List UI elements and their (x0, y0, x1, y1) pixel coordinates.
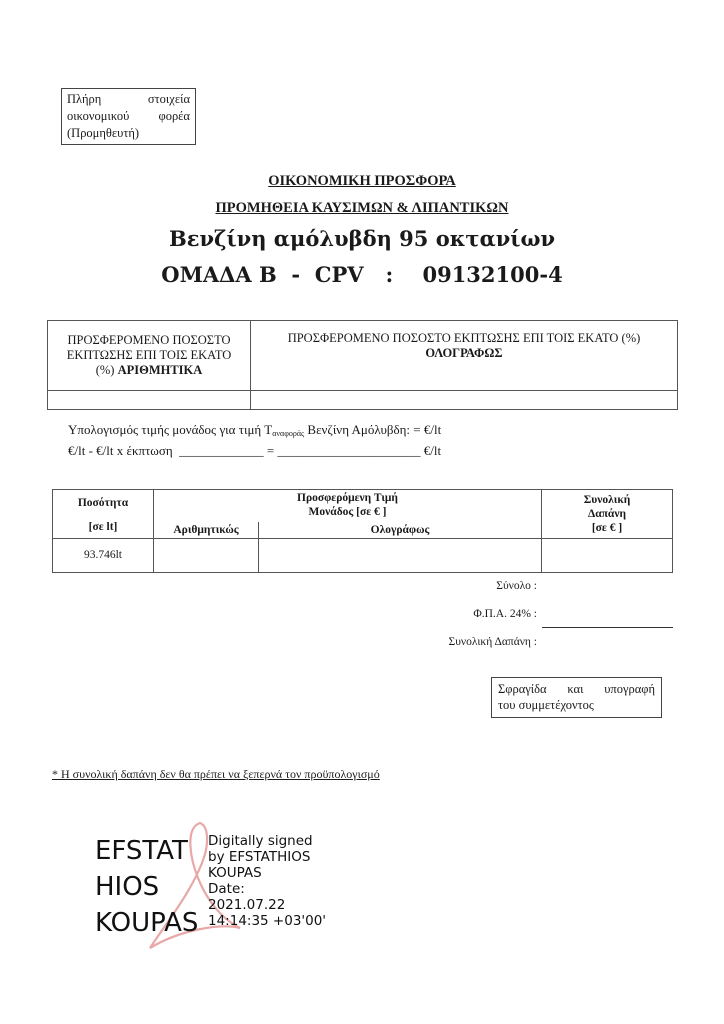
signature-date: 2021.07.22 (208, 897, 326, 913)
signature-detail-line: Digitally signed (208, 833, 326, 849)
document-title: ΟΙΚΟΝΟΜΙΚΗ ΠΡΟΣΦΟΡΑ (0, 173, 724, 190)
unit-price-header: Προσφερόμενη Τιμή Μονάδος [σε € ] (154, 490, 542, 522)
stamp-label-word: και (567, 681, 583, 697)
calc-text: Υπολογισμός τιμής μονάδος για τιμή Τ (68, 422, 272, 437)
header-text: ΠΡΟΣΦΕΡΟΜΕΝΟ ΠΟΣΟΣΤΟ (49, 333, 249, 348)
numeric-header: Αριθμητικώς (154, 522, 259, 539)
signature-detail-line: Date: (208, 881, 326, 897)
supplier-label-word: στοιχεία (148, 91, 190, 108)
quantity-header: Ποσότητα [σε lt] (53, 490, 154, 539)
words-header: Ολογράφως (259, 522, 542, 539)
table-row: 93.746lt (53, 538, 673, 572)
discount-numeric-header: ΠΡΟΣΦΕΡΟΜΕΝΟ ΠΟΣΟΣΤΟ ΕΚΠΤΩΣΗΣ ΕΠΙ ΤΟΙΣ Ε… (48, 321, 251, 391)
supplier-label-word: Πλήρη (67, 91, 101, 108)
signer-name-line: EFSTAT (95, 833, 198, 869)
calc-text: Βενζίνη Αμόλυβδη: = €/lt (304, 422, 441, 437)
discount-table-header-row: ΠΡΟΣΦΕΡΟΜΕΝΟ ΠΟΣΟΣΤΟ ΕΚΠΤΩΣΗΣ ΕΠΙ ΤΟΙΣ Ε… (48, 321, 678, 391)
header-text: Μονάδος [σε € ] (155, 505, 540, 519)
header-text: Συνολική (543, 493, 671, 507)
calculation-line-2: €/lt - €/lt x έκπτωση _____________ = __… (68, 443, 441, 459)
discount-numeric-cell[interactable] (48, 391, 251, 410)
header-text-bold: ΟΛΟΓΡΑΦΩΣ (252, 346, 676, 361)
signature-detail-line: by EFSTATHIOS (208, 849, 326, 865)
group-cpv-title: ΟΜΑΔΑ Β - CPV : 09132100-4 (0, 262, 724, 287)
quantity-cell: 93.746lt (53, 538, 154, 572)
subtotal-label: Σύνολο : (337, 580, 537, 592)
footnote: * Η συνολική δαπάνη δεν θα πρέπει να ξεπ… (52, 767, 380, 782)
header-text: Προσφερόμενη Τιμή (155, 491, 540, 505)
header-text: (%) ΑΡΙΘΜΗΤΙΚΑ (49, 363, 249, 378)
stamp-label-word: Σφραγίδα (498, 681, 547, 697)
total-header: Συνολική Δαπάνη [σε € ] (542, 490, 673, 539)
header-text-bold: ΑΡΙΘΜΗΤΙΚΑ (118, 363, 203, 377)
supplier-label-word: φορέα (158, 108, 190, 125)
header-text: ΠΡΟΣΦΕΡΟΜΕΝΟ ΠΟΣΟΣΤΟ ΕΚΠΤΩΣΗΣ ΕΠΙ ΤΟΙΣ Ε… (252, 331, 676, 346)
supplier-label-line: (Προμηθευτή) (67, 125, 190, 142)
price-table-header-row: Ποσότητα [σε lt] Προσφερόμενη Τιμή Μονάδ… (53, 490, 673, 522)
header-text: ΕΚΠΤΩΣΗΣ ΕΠΙ ΤΟΙΣ ΕΚΑΤΟ (49, 348, 249, 363)
header-text: Ποσότητα (53, 494, 153, 510)
price-table: Ποσότητα [σε lt] Προσφερόμενη Τιμή Μονάδ… (52, 489, 673, 573)
discount-words-header: ΠΡΟΣΦΕΡΟΜΕΝΟ ΠΟΣΟΣΤΟ ΕΚΠΤΩΣΗΣ ΕΠΙ ΤΟΙΣ Ε… (251, 321, 678, 391)
total-cost-cell[interactable] (542, 538, 673, 572)
calc-subscript: αναφοράς (272, 429, 304, 438)
grand-total-label: Συνολική Δαπάνη : (337, 636, 537, 648)
signer-name-line: KOUPAS (95, 905, 198, 941)
stamp-label-line: του συμμετέχοντος (498, 697, 655, 713)
unit-price-numeric-cell[interactable] (154, 538, 259, 572)
header-text: [σε lt] (53, 520, 153, 534)
signature-detail-line: KOUPAS (208, 865, 326, 881)
signer-name: EFSTAT HIOS KOUPAS (95, 833, 198, 941)
discount-words-cell[interactable] (251, 391, 678, 410)
vat-label: Φ.Π.Α. 24% : (337, 608, 537, 620)
discount-table-row (48, 391, 678, 410)
discount-table: ΠΡΟΣΦΕΡΟΜΕΝΟ ΠΟΣΟΣΤΟ ΕΚΠΤΩΣΗΣ ΕΠΙ ΤΟΙΣ Ε… (47, 320, 678, 410)
unit-price-words-cell[interactable] (259, 538, 542, 572)
signature-details: Digitally signed by EFSTATHIOS KOUPAS Da… (208, 833, 326, 929)
header-text: Δαπάνη (543, 507, 671, 521)
supplier-details-box: Πλήρη στοιχεία οικονομικού φορέα (Προμηθ… (61, 88, 196, 145)
stamp-label-word: υπογραφή (604, 681, 655, 697)
signer-name-line: HIOS (95, 869, 198, 905)
calculation-line-1: Υπολογισμός τιμής μονάδος για τιμή Ταναφ… (68, 422, 441, 438)
stamp-signature-box: Σφραγίδα και υπογραφή του συμμετέχοντος (491, 677, 662, 718)
supplier-label-word: οικονομικού (67, 108, 129, 125)
vat-underline (542, 627, 673, 628)
document-subtitle: ΠΡΟΜΗΘΕΙΑ ΚΑΥΣΙΜΩΝ & ΛΙΠΑΝΤΙΚΩΝ (0, 200, 724, 217)
header-text: (%) (96, 363, 118, 377)
product-title: Βενζίνη αμόλυβδη 95 οκτανίων (0, 226, 724, 251)
header-text: [σε € ] (543, 521, 671, 535)
signature-time: 14:14:35 +03'00' (208, 913, 326, 929)
